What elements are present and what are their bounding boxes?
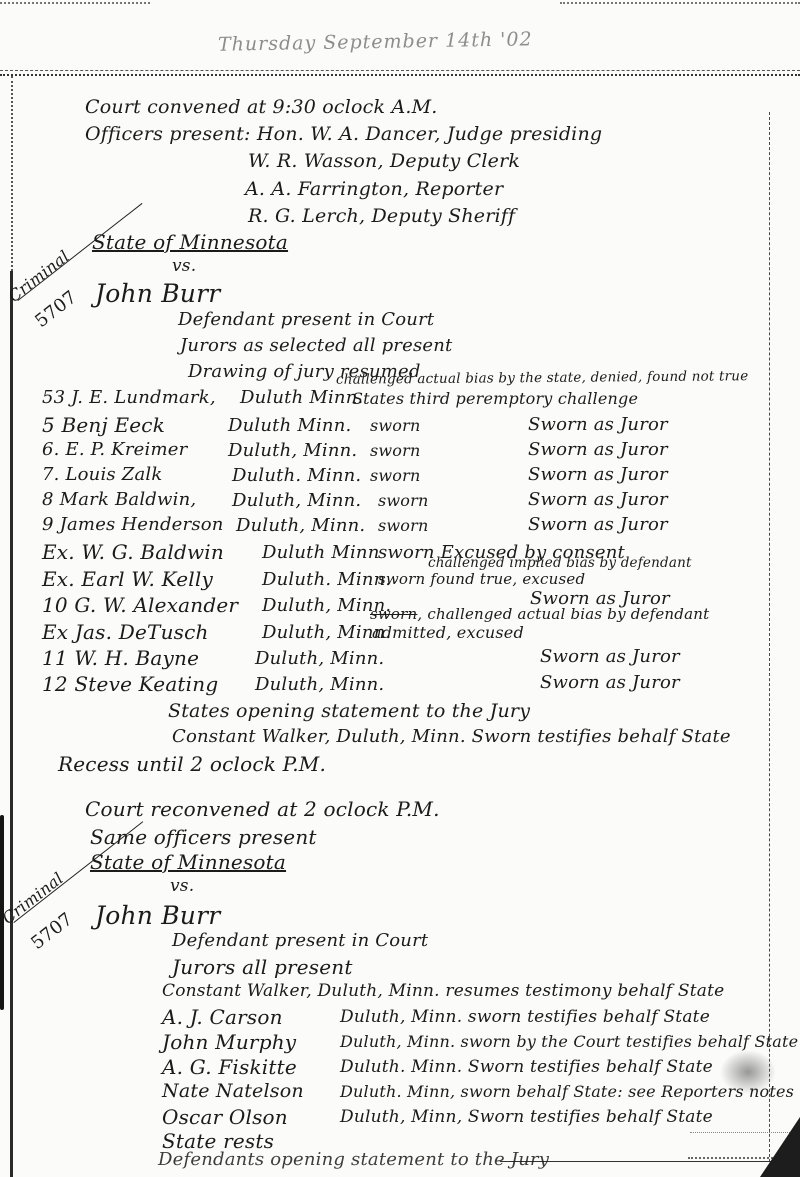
juror-name: Ex. W. G. Baldwin: [42, 541, 224, 563]
juror-note: sworn: [378, 492, 429, 510]
reconvened-line: Court reconvened at 2 oclock P.M.: [85, 798, 440, 820]
juror-note: sworn: [370, 417, 421, 435]
officer-clerk: W. R. Wasson, Deputy Clerk: [248, 151, 520, 172]
margin-note-criminal-number: 5707: [32, 288, 81, 332]
juror-residence: Duluth, Minn.: [232, 491, 361, 511]
case-status-line: Defendant present in Court: [178, 310, 434, 330]
corner-scan-blob: [760, 1117, 800, 1177]
juror-residence: Duluth. Minn.: [232, 466, 361, 486]
witness-detail: Duluth, Minn. sworn testifies behalf Sta…: [340, 1008, 710, 1027]
juror-disposition: Sworn as Juror: [528, 490, 668, 510]
juror-name: 7. Louis Zalk: [42, 465, 163, 485]
case-plaintiff: State of Minnesota: [90, 851, 286, 873]
top-ruled-line-lower: [0, 74, 800, 76]
ledger-page: Thursday September 14th '02 Criminal 570…: [0, 0, 800, 1177]
juror-disposition: Sworn as Juror: [528, 440, 668, 460]
juror-name: 8 Mark Baldwin,: [42, 490, 196, 510]
kelly-interline-note: challenged implied bias by defendant: [428, 556, 692, 571]
detusch-struck-word: sworn: [370, 605, 417, 623]
right-margin-rule: [769, 112, 770, 1177]
officer-sheriff: R. G. Lerch, Deputy Sheriff: [248, 206, 515, 227]
juror-note: sworn: [378, 517, 429, 535]
case-defendant: John Burr: [95, 902, 220, 930]
juror-residence: Duluth. Minn.: [262, 570, 391, 590]
witness-name: A. G. Fiskitte: [162, 1056, 297, 1078]
juror-residence: Duluth, Minn.: [255, 675, 384, 695]
witness-detail: Duluth, Minn, Sworn testifies behalf Sta…: [340, 1108, 713, 1127]
juror-note: sworn found true, excused: [378, 571, 585, 588]
officer-reporter: A. A. Farrington, Reporter: [245, 179, 503, 200]
juror-name: 11 W. H. Bayne: [42, 647, 199, 669]
top-ruled-line-upper: [0, 70, 800, 71]
state-opening-statement: States opening statement to the Jury: [168, 701, 530, 722]
juror-residence: Duluth, Minn.: [236, 516, 365, 536]
juror-name: 53 J. E. Lundmark,: [42, 388, 216, 408]
juror-disposition: Sworn as Juror: [528, 515, 668, 535]
juror-residence: Duluth Minn.: [228, 416, 351, 436]
juror-name: 6. E. P. Kreimer: [42, 440, 187, 460]
juror-disposition: Sworn as Juror: [528, 415, 668, 435]
detusch-challenge-line: sworn, challenged actual bias by defenda…: [370, 606, 709, 623]
recess-line: Recess until 2 oclock P.M.: [58, 753, 326, 775]
juror-disposition: Sworn as Juror: [528, 465, 668, 485]
detusch-challenge-rest: , challenged actual bias by defendant: [417, 605, 709, 623]
left-margin-rule-dotted: [11, 76, 13, 271]
margin-note-criminal-number: 5707: [28, 910, 77, 954]
juror-disposition: Sworn as Juror: [540, 673, 680, 693]
witness-name: Nate Natelson: [162, 1081, 304, 1102]
juror-name: 5 Benj Eeck: [42, 414, 165, 436]
witness-name: John Murphy: [162, 1031, 296, 1053]
defense-opening-line: Defendants opening statement to the Jury: [158, 1150, 549, 1170]
juror-residence: Duluth, Minn.: [255, 649, 384, 669]
case-versus: vs.: [170, 877, 194, 896]
case-status-line: Jurors all present: [172, 956, 353, 978]
juror-name: Ex. Earl W. Kelly: [42, 568, 213, 590]
juror-name: 9 James Henderson: [42, 515, 224, 535]
witness-detail: Duluth. Minn. Sworn testifies behalf Sta…: [340, 1058, 713, 1077]
witness-name: A. J. Carson: [162, 1006, 283, 1028]
top-edge-mark-right: [560, 2, 800, 4]
case-status-line: Defendant present in Court: [172, 931, 428, 951]
witness-detail: Duluth, Minn. sworn by the Court testifi…: [340, 1033, 798, 1051]
juror-note: admitted, excused: [372, 624, 524, 642]
walker-first-testimony: Constant Walker, Duluth, Minn. Sworn tes…: [172, 727, 731, 747]
witness-detail: Duluth. Minn, sworn behalf State: see Re…: [340, 1083, 794, 1101]
juror-residence: Duluth Minn: [262, 543, 380, 563]
juror-name: 10 G. W. Alexander: [42, 594, 238, 616]
juror-residence: Duluth, Minn.: [228, 441, 357, 461]
juror-name: Ex Jas. DeTusch: [42, 621, 209, 643]
left-margin-rule-solid: [10, 271, 13, 1177]
juror-note: sworn: [370, 467, 421, 485]
case-defendant: John Burr: [95, 280, 220, 308]
juror-disposition: Sworn as Juror: [540, 647, 680, 667]
same-officers-line: Same officers present: [90, 826, 317, 848]
witness-name: Oscar Olson: [162, 1106, 288, 1128]
lundmark-interline-note: challenged actual bias by the state, den…: [336, 369, 748, 387]
juror-note: sworn: [370, 442, 421, 460]
case-plaintiff: State of Minnesota: [92, 231, 288, 253]
juror-note: States third peremptory challenge: [352, 390, 638, 408]
convened-line: Court convened at 9:30 oclock A.M.: [85, 97, 438, 118]
walker-resumes-line: Constant Walker, Duluth, Minn. resumes t…: [162, 982, 724, 1001]
juror-residence: Duluth Minn.: [240, 388, 363, 408]
officers-intro-line: Officers present: Hon. W. A. Dancer, Jud…: [85, 124, 602, 145]
juror-name: 12 Steve Keating: [42, 673, 218, 695]
date-line: Thursday September 14th '02: [218, 29, 533, 55]
case-versus: vs.: [172, 257, 196, 276]
case-status-line: Jurors as selected all present: [180, 336, 452, 356]
top-edge-mark-left: [0, 2, 150, 4]
